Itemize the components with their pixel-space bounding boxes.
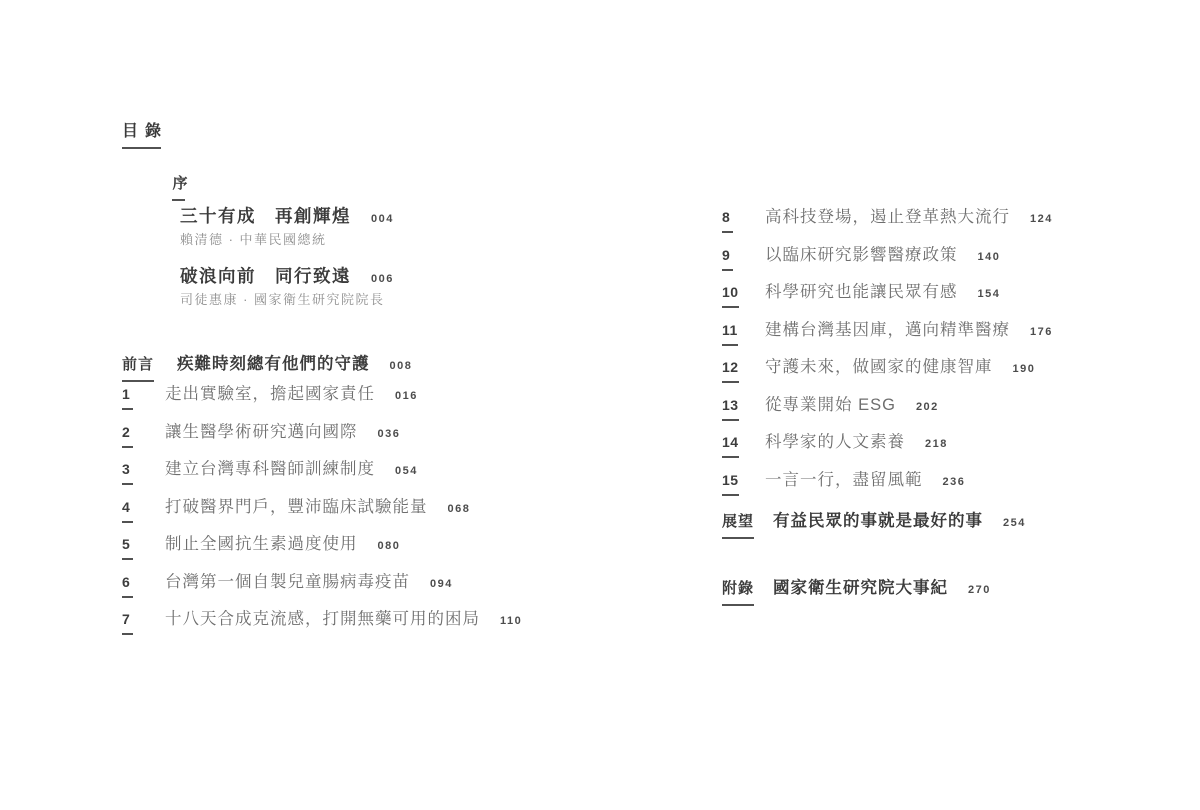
toc-entry: 4 打破醫界門戶，豐沛臨床試驗能量 068: [122, 496, 682, 534]
chapter-title: 以臨床研究影響醫療政策: [765, 244, 958, 266]
chapter-title: 科學家的人文素養: [765, 431, 905, 453]
toc-page: { "page": { "toc_title": "目錄", "preface_…: [0, 0, 1200, 810]
preface-author: 賴清德 · 中華民國總統: [180, 232, 394, 248]
number-column: 6: [122, 574, 165, 592]
chapter-number: 15: [722, 472, 739, 488]
chapter-number: 5: [122, 536, 130, 552]
toc-entry: 12 守護未來，做國家的健康智庫 190: [722, 356, 1182, 394]
label-column: 前言: [122, 353, 177, 374]
chapter-number: 8: [722, 209, 730, 225]
chapter-page-number: 140: [978, 251, 1001, 263]
preface-entry: 三十有成 再創輝煌 004 賴清德 · 中華民國總統: [180, 205, 394, 248]
toc-entry: 6 台灣第一個自製兒童腸病毒疫苗 094: [122, 571, 682, 609]
number-column: 11: [722, 322, 765, 340]
chapter-list-left: 1 走出實驗室，擔起國家責任 016 2 讓生醫學術研究邁向國際 036 3 建…: [122, 383, 682, 646]
appendix-label: 附錄: [722, 577, 754, 598]
preface-section-label: 序: [172, 172, 187, 193]
toc-entry: 1 走出實驗室，擔起國家責任 016: [122, 383, 682, 421]
number-column: 2: [122, 424, 165, 442]
chapter-number: 2: [122, 424, 130, 440]
toc-entry: 7 十八天合成克流感，打開無藥可用的困局 110: [122, 608, 682, 646]
chapter-title: 科學研究也能讓民眾有感: [765, 281, 958, 303]
number-column: 3: [122, 461, 165, 479]
chapter-title: 走出實驗室，擔起國家責任: [165, 383, 375, 405]
chapter-title: 建立台灣專科醫師訓練制度: [165, 458, 375, 480]
chapter-list-right: 8 高科技登場，遏止登革熱大流行 124 9 以臨床研究影響醫療政策 140 1…: [722, 206, 1182, 506]
toc-entry-appendix: 附錄 國家衛生研究院大事紀 270: [722, 577, 1182, 599]
chapter-page-number: 176: [1030, 326, 1053, 338]
chapter-page-number: 036: [378, 428, 401, 440]
toc-entry: 2 讓生醫學術研究邁向國際 036: [122, 421, 682, 459]
toc-entry: 8 高科技登場，遏止登革熱大流行 124: [722, 206, 1182, 244]
toc-entry: 14 科學家的人文素養 218: [722, 431, 1182, 469]
chapter-title: 守護未來，做國家的健康智庫: [765, 356, 993, 378]
number-column: 12: [722, 359, 765, 377]
toc-entry-outlook: 展望 有益民眾的事就是最好的事 254: [722, 510, 1182, 532]
chapter-title: 從專業開始 ESG: [765, 394, 896, 416]
chapter-title: 十八天合成克流感，打開無藥可用的困局: [165, 608, 480, 630]
chapter-page-number: 016: [395, 390, 418, 402]
foreword-title: 疾難時刻總有他們的守護: [177, 353, 370, 375]
outlook-label: 展望: [722, 510, 754, 531]
number-column: 7: [122, 611, 165, 629]
number-column: 1: [122, 386, 165, 404]
preface-list: 三十有成 再創輝煌 004 賴清德 · 中華民國總統 破浪向前 同行致遠 006…: [180, 205, 394, 308]
number-column: 15: [722, 472, 765, 490]
number-column: 10: [722, 284, 765, 302]
toc-heading: 目錄: [122, 118, 168, 141]
outlook-title: 有益民眾的事就是最好的事: [773, 510, 983, 532]
toc-entry: 10 科學研究也能讓民眾有感 154: [722, 281, 1182, 319]
toc-entry: 15 一言一行，盡留風範 236: [722, 469, 1182, 507]
chapter-title: 打破醫界門戶，豐沛臨床試驗能量: [165, 496, 428, 518]
chapter-number: 12: [722, 359, 739, 375]
chapter-title: 高科技登場，遏止登革熱大流行: [765, 206, 1010, 228]
chapter-page-number: 054: [395, 465, 418, 477]
number-column: 4: [122, 499, 165, 517]
appendix-title: 國家衛生研究院大事紀: [773, 577, 948, 599]
chapter-title: 建構台灣基因庫，邁向精準醫療: [765, 319, 1010, 341]
foreword-page-number: 008: [390, 360, 413, 372]
chapter-number: 1: [122, 386, 130, 402]
toc-entry: 11 建構台灣基因庫，邁向精準醫療 176: [722, 319, 1182, 357]
preface-page-number: 004: [371, 213, 394, 225]
foreword-label: 前言: [122, 353, 154, 374]
number-column: 13: [722, 397, 765, 415]
toc-entry: 9 以臨床研究影響醫療政策 140: [722, 244, 1182, 282]
chapter-page-number: 080: [378, 540, 401, 552]
chapter-page-number: 110: [500, 615, 522, 627]
preface-title-row: 破浪向前 同行致遠 006: [180, 265, 394, 287]
number-column: 9: [722, 247, 765, 265]
chapter-page-number: 094: [430, 578, 453, 590]
toc-entry: 13 從專業開始 ESG 202: [722, 394, 1182, 432]
toc-entry: 5 制止全國抗生素過度使用 080: [122, 533, 682, 571]
chapter-page-number: 154: [978, 288, 1001, 300]
chapter-page-number: 202: [916, 401, 939, 413]
chapter-title: 台灣第一個自製兒童腸病毒疫苗: [165, 571, 410, 593]
preface-author: 司徒惠康 · 國家衛生研究院院長: [180, 292, 394, 308]
chapter-title: 讓生醫學術研究邁向國際: [165, 421, 358, 443]
outlook-page-number: 254: [1003, 517, 1026, 529]
preface-page-number: 006: [371, 273, 394, 285]
chapter-page-number: 218: [925, 438, 948, 450]
number-column: 8: [722, 209, 765, 227]
chapter-number: 3: [122, 461, 130, 477]
preface-entry: 破浪向前 同行致遠 006 司徒惠康 · 國家衛生研究院院長: [180, 265, 394, 308]
chapter-page-number: 068: [448, 503, 471, 515]
label-column: 展望: [722, 510, 773, 531]
preface-title-row: 三十有成 再創輝煌 004: [180, 205, 394, 227]
chapter-number: 7: [122, 611, 130, 627]
chapter-number: 4: [122, 499, 130, 515]
number-column: 5: [122, 536, 165, 554]
chapter-number: 11: [722, 322, 738, 338]
chapter-number: 9: [722, 247, 730, 263]
preface-title: 破浪向前 同行致遠: [180, 265, 351, 287]
chapter-page-number: 124: [1030, 213, 1053, 225]
number-column: 14: [722, 434, 765, 452]
preface-title: 三十有成 再創輝煌: [180, 205, 351, 227]
chapter-title: 一言一行，盡留風範: [765, 469, 923, 491]
chapter-page-number: 190: [1013, 363, 1036, 375]
chapter-number: 6: [122, 574, 130, 590]
toc-entry: 3 建立台灣專科醫師訓練制度 054: [122, 458, 682, 496]
chapter-number: 13: [722, 397, 739, 413]
chapter-title: 制止全國抗生素過度使用: [165, 533, 358, 555]
toc-entry-foreword: 前言 疾難時刻總有他們的守護 008: [122, 353, 642, 375]
appendix-page-number: 270: [968, 584, 991, 596]
chapter-number: 10: [722, 284, 739, 300]
chapter-number: 14: [722, 434, 739, 450]
label-column: 附錄: [722, 577, 773, 598]
chapter-page-number: 236: [943, 476, 966, 488]
